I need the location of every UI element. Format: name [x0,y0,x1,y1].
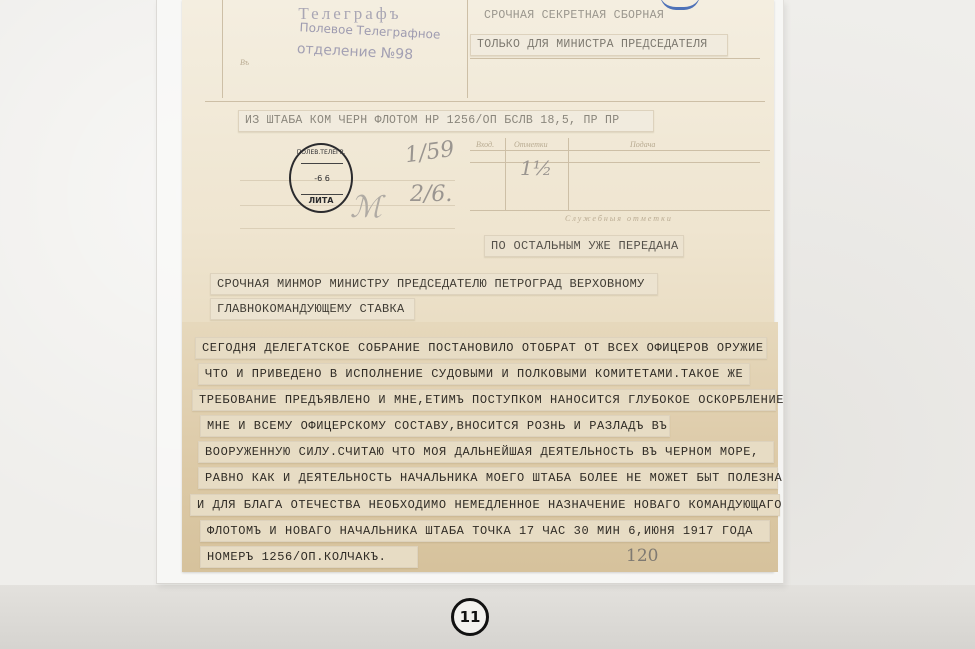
postmark-date: -6 6 [301,163,343,195]
exhibit-number-badge: 11 [451,598,489,636]
service-pencil-note-icon: 1½ [520,156,552,180]
postmark-bottom-text: ЛИТА [291,196,351,205]
service-header-marks: Отметки [514,140,548,149]
postmark-stamp: ПОЛЕВ.ТЕЛЕГР. -6 6 ЛИТА [289,143,353,213]
delivered-note: ПО ОСТАЛЬНЫМ УЖЕ ПЕРЕДАНА [484,235,684,257]
body-line-6: РАВНО КАК И ДЕЯТЕЛЬНОСТЬ НАЧАЛЬНИКА МОЕГ… [198,467,778,489]
form-divider [470,210,770,211]
form-divider [568,138,569,210]
body-line-7: И ДЛЯ БЛАГА ОТЕЧЕСТВА НЕОБХОДИМО НЕМЕДЛЕ… [190,494,780,516]
form-divider [470,58,760,59]
address-line-2: ГЛАВНОКОМАНДУЮЩЕМУ СТАВКА [210,298,415,320]
body-line-9: НОМЕРЪ 1256/ОП.КОЛЧАКЪ. [200,546,418,568]
body-line-2: ЧТО И ПРИВЕДЕНО В ИСПОЛНЕНИЕ СУДОВЫМИ И … [198,363,750,385]
body-line-3: ТРЕБОВАНИЕ ПРЕДЪЯВЛЕНО И МНЕ,ЕТИМЪ ПОСТУ… [192,389,776,411]
body-line-4: МНЕ И ВСЕМУ ОФИЦЕРСКОМУ СОСТАВУ,ВНОСИТСЯ… [200,415,670,437]
body-line-8: ФЛОТОМЪ И НОВАГО НАЧАЛЬНИКА ШТАБА ТОЧКА … [200,520,770,542]
form-label-to: Въ [240,58,249,67]
service-header-in: Вход. [476,140,494,149]
form-divider [470,150,770,151]
form-divider [467,0,468,98]
urgency-strip-1: СРОЧНАЯ СЕКРЕТНАЯ СБОРНАЯ [478,6,670,26]
service-table: Вход. Отметки Подача 1½ Служебныя отметк… [470,138,770,218]
postmark-arc-text: ПОЛЕВ.ТЕЛЕГР. [291,149,351,156]
body-line-1: СЕГОДНЯ ДЕЛЕГАТСКОЕ СОБРАНИЕ ПОСТАНОВИЛО… [195,337,767,359]
pencil-note-2: 2/6. [410,182,452,207]
body-line-5: ВООРУЖЕННУЮ СИЛУ.СЧИТАЮ ЧТО МОЯ ДАЛЬНЕЙШ… [198,441,774,463]
form-divider [222,0,223,98]
form-divider [470,162,760,163]
form-divider [240,228,455,229]
service-header-sent: Подача [630,140,655,149]
form-divider [205,101,765,102]
form-divider [505,138,506,210]
service-label: Служебныя отметки [565,214,673,223]
origin-strip: ИЗ ШТАБА КОМ ЧЕРН ФЛОТОМ НР 1256/ОП БСЛВ… [238,110,654,132]
pencil-signature-icon: ℳ [350,190,382,225]
urgency-strip-2: ТОЛЬКО ДЛЯ МИНИСТРА ПРЕДСЕДАТЕЛЯ [470,34,728,56]
footer-handwritten-number: 120 [626,546,658,566]
address-line-1: СРОЧНАЯ МИНМОР МИНИСТРУ ПРЕДСЕДАТЕЛЮ ПЕТ… [210,273,658,295]
